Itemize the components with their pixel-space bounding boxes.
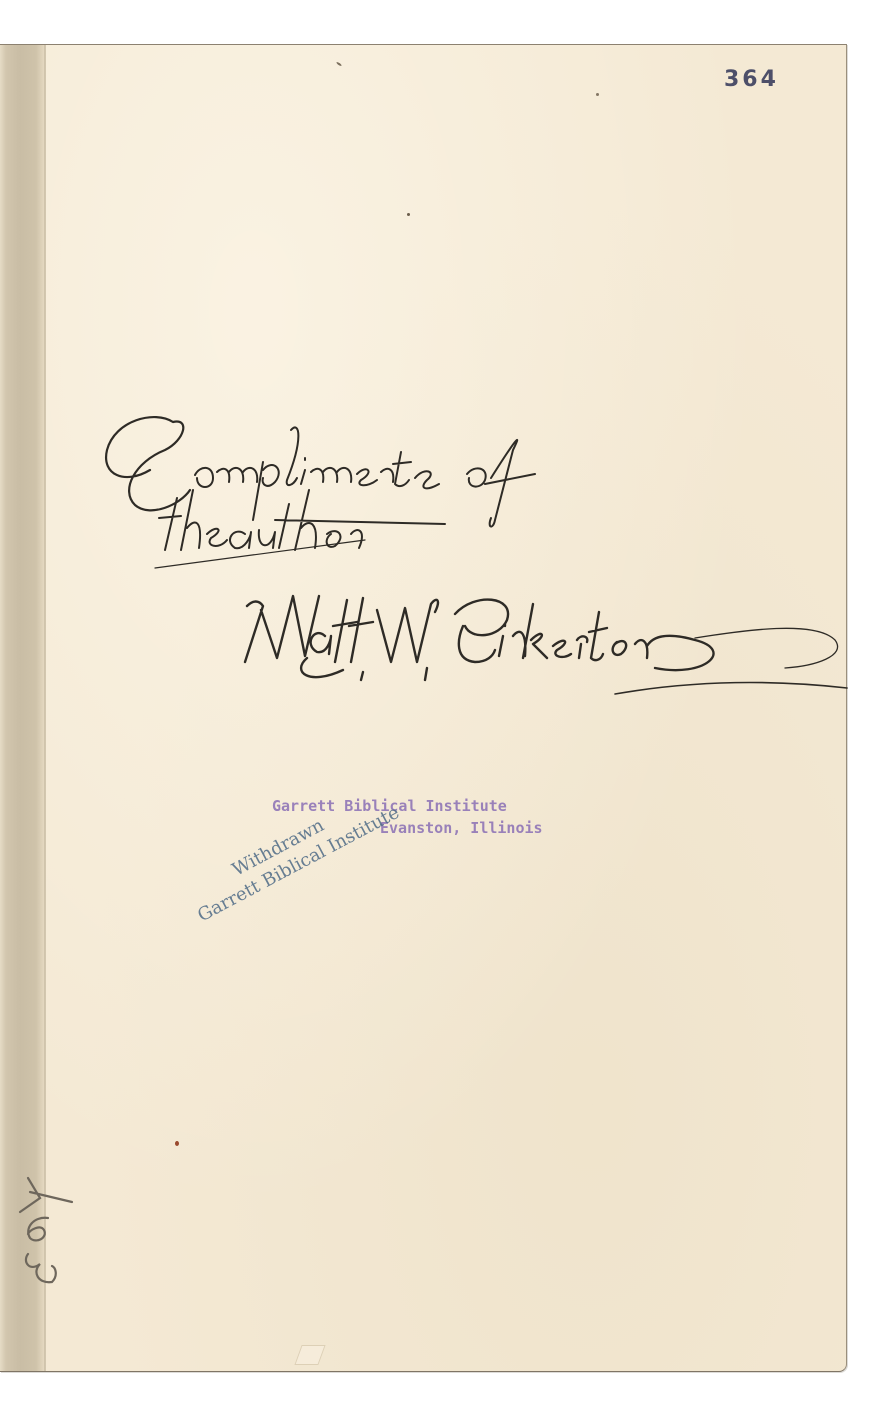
library-stamp-institution: Garrett Biblical Institute (272, 795, 543, 817)
pencil-number-strokes (8, 1172, 78, 1292)
paper-speck (175, 1141, 179, 1146)
paper-speck (336, 61, 342, 66)
paper-speck (596, 93, 599, 96)
page-tab-mark (294, 1345, 325, 1365)
library-stamp-location: Evanston, Illinois (380, 817, 543, 839)
catalog-number-stamp: 364 (724, 67, 779, 92)
paper-speck (407, 213, 410, 216)
handwritten-inscription: Compliments of the author Matt. W. Pinke… (95, 400, 855, 720)
spine-pencil-number (8, 1172, 78, 1292)
